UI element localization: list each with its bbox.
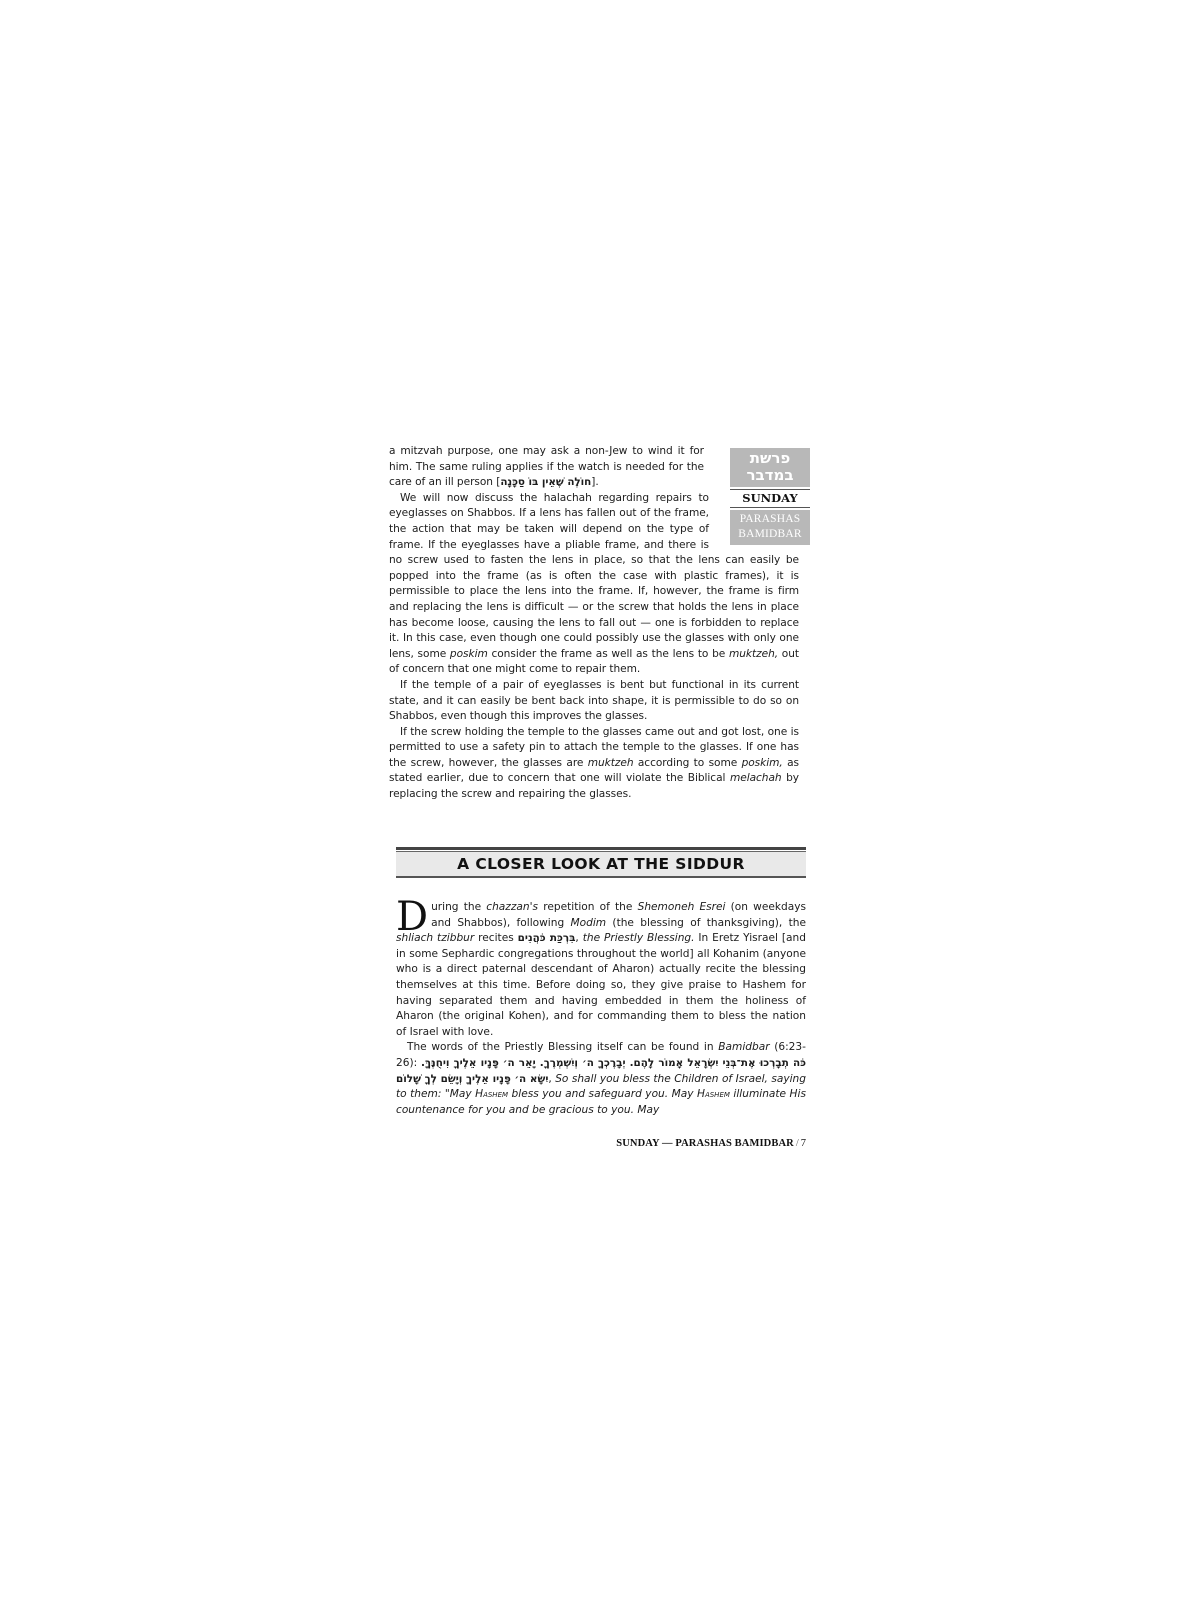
translation: bless you and safeguard you. May: [508, 1088, 697, 1100]
text-run: ].: [591, 476, 598, 488]
section-header: A CLOSER LOOK AT THE SIDDUR: [396, 847, 806, 878]
paragraph: If the screw holding the temple to the g…: [389, 725, 799, 803]
hebrew-term: בִּרְכַּת כֹּהֲנִים: [518, 932, 576, 944]
siddur-text: During the chazzan's repetition of the S…: [396, 900, 806, 1118]
italic-term: melachah: [730, 772, 782, 784]
paragraph: If the temple of a pair of eyeglasses is…: [389, 678, 799, 725]
hebrew-term: חוֹלֶה שֶׁאֵין בּוֹ סַכָּנָה: [500, 476, 591, 488]
paragraph: The words of the Priestly Blessing itsel…: [396, 1040, 806, 1118]
text-run: consider the frame as well as the lens t…: [488, 648, 729, 660]
page-number: 7: [801, 1138, 806, 1149]
text-run: (the blessing of thanksgiving), the: [606, 917, 806, 929]
sidebar-spacer: [709, 491, 799, 553]
paragraph: During the chazzan's repetition of the S…: [396, 900, 806, 1040]
section-title: A CLOSER LOOK AT THE SIDDUR: [396, 852, 806, 876]
text-run: repetition of the: [538, 901, 638, 913]
text-run: In Eretz Yisrael [and in some Sephardic …: [396, 932, 806, 1038]
italic-term: the Priestly Blessing.: [583, 932, 695, 944]
separator: /: [796, 1138, 799, 1149]
header-rule: [396, 876, 806, 878]
italic-term: Modim: [571, 917, 607, 929]
running-footer: SUNDAY — PARASHAS BAMIDBAR/7: [396, 1138, 806, 1149]
italic-term: muktzeh: [588, 757, 634, 769]
drop-cap: D: [396, 900, 428, 932]
italic-term: poskim,: [742, 757, 783, 769]
text-run: The words of the Priestly Blessing itsel…: [407, 1041, 718, 1053]
paragraph: a mitzvah purpose, one may ask a non-Jew…: [389, 444, 704, 491]
italic-term: shliach tzibbur: [396, 932, 474, 944]
text-run: recites: [474, 932, 517, 944]
divine-name: Hashem: [697, 1088, 730, 1100]
text-run: according to some: [634, 757, 742, 769]
text-run: ,: [575, 932, 582, 944]
divine-name: Hashem: [475, 1088, 508, 1100]
italic-term: Bamidbar: [718, 1041, 769, 1053]
italic-term: chazzan's: [486, 901, 538, 913]
italic-term: poskim: [450, 648, 488, 660]
running-head: SUNDAY — PARASHAS BAMIDBAR: [616, 1138, 794, 1149]
italic-term: Shemoneh Esrei: [638, 901, 726, 913]
halachah-text: a mitzvah purpose, one may ask a non-Jew…: [389, 444, 799, 803]
paragraph: We will now discuss the halachah regardi…: [389, 491, 799, 678]
italic-term: muktzeh,: [729, 648, 778, 660]
text-run: uring the: [431, 901, 486, 913]
